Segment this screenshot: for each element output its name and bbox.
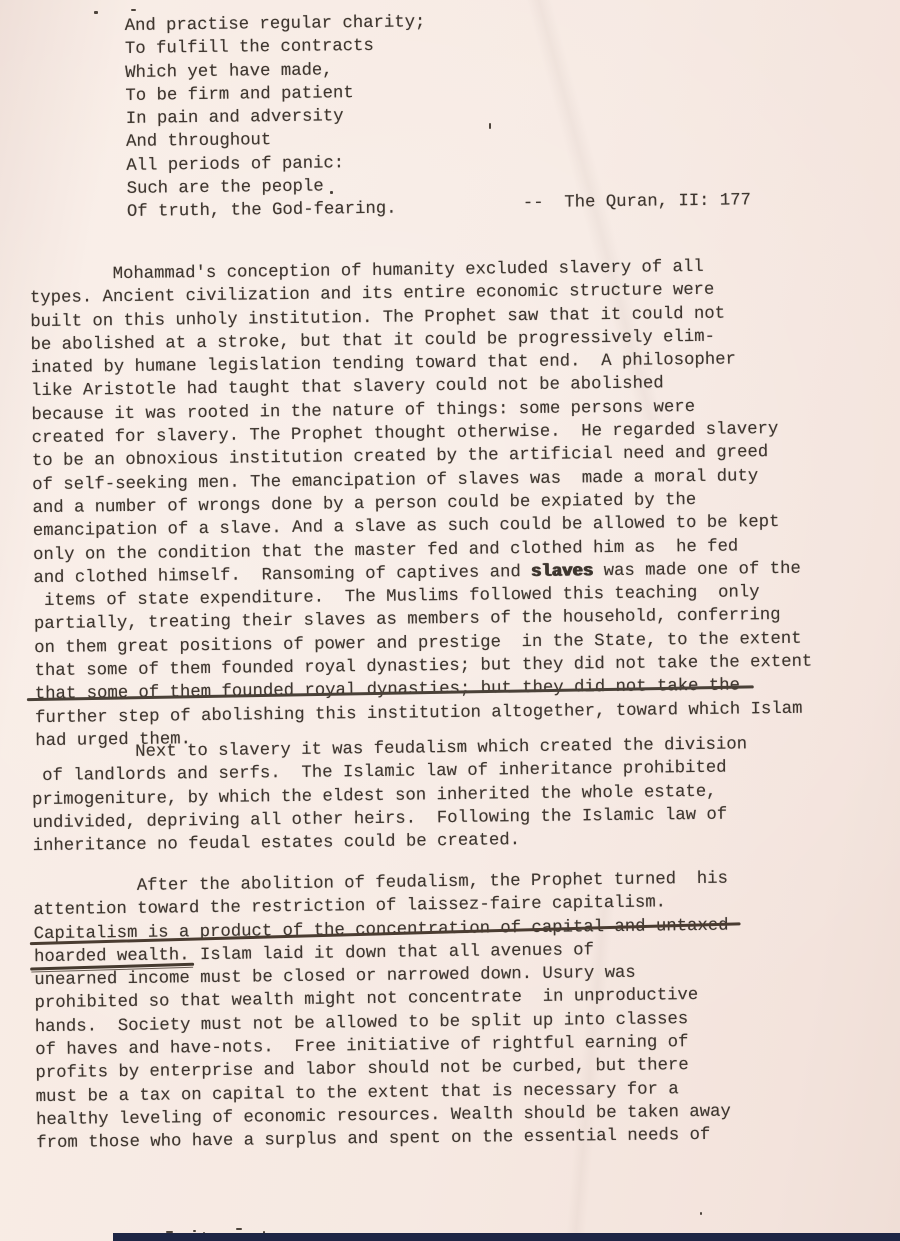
ink-speck	[193, 1230, 196, 1232]
paragraph-capitalism: After the abolition of feudalism, the Pr…	[33, 868, 731, 1156]
text-segment: To fulfill the contracts	[125, 37, 374, 59]
text-segment: Such are the people	[127, 178, 324, 199]
ink-speck	[131, 9, 136, 11]
scanned-document: And practise regular charity;To fulfill …	[0, 0, 900, 1241]
text-segment: All periods of panic:	[126, 154, 344, 176]
text-segment: Islam laid it down that all avenues of	[189, 941, 594, 965]
citation-text: -- The Quran, II: 177	[523, 191, 751, 213]
text-segment: To be firm and patient	[125, 84, 353, 106]
quran-verse-block: And practise regular charity;To fulfill …	[125, 11, 428, 224]
text-line: And practise regular charity;	[125, 11, 426, 38]
paragraph-slavery: Mohammad's conception of humanity exclud…	[30, 255, 814, 754]
scan-edge-bar	[113, 1233, 900, 1241]
text-segment: In pain and adversity	[126, 107, 344, 129]
text-line: Of truth, the God-fearing.	[127, 198, 428, 225]
document-page: And practise regular charity;To fulfill …	[0, 0, 900, 1241]
quran-citation: -- The Quran, II: 177	[523, 189, 751, 215]
text-segment: And throughout	[126, 132, 271, 153]
annotated-text: slaves	[531, 562, 593, 582]
text-segment: Which yet have made,	[125, 61, 333, 83]
text-segment: And practise regular charity;	[125, 13, 426, 36]
text-segment: Of truth, the God-fearing.	[127, 200, 397, 222]
annotated-text: hoarded wealth.	[34, 946, 190, 967]
ink-speck	[330, 191, 333, 194]
ink-speck	[489, 123, 491, 129]
ink-speck	[236, 1228, 242, 1230]
text-segment: from those who have a surplus and spent …	[36, 1126, 710, 1153]
ink-speck	[94, 11, 98, 14]
typewritten-content: And practise regular charity;To fulfill …	[0, 0, 896, 1]
paragraph-feudalism: Next to slavery it was feudalism which c…	[31, 733, 748, 858]
text-segment: was made one of the	[593, 560, 801, 582]
text-segment: inheritance no feudal estates could be c…	[33, 831, 521, 856]
ink-speck	[700, 1212, 702, 1215]
